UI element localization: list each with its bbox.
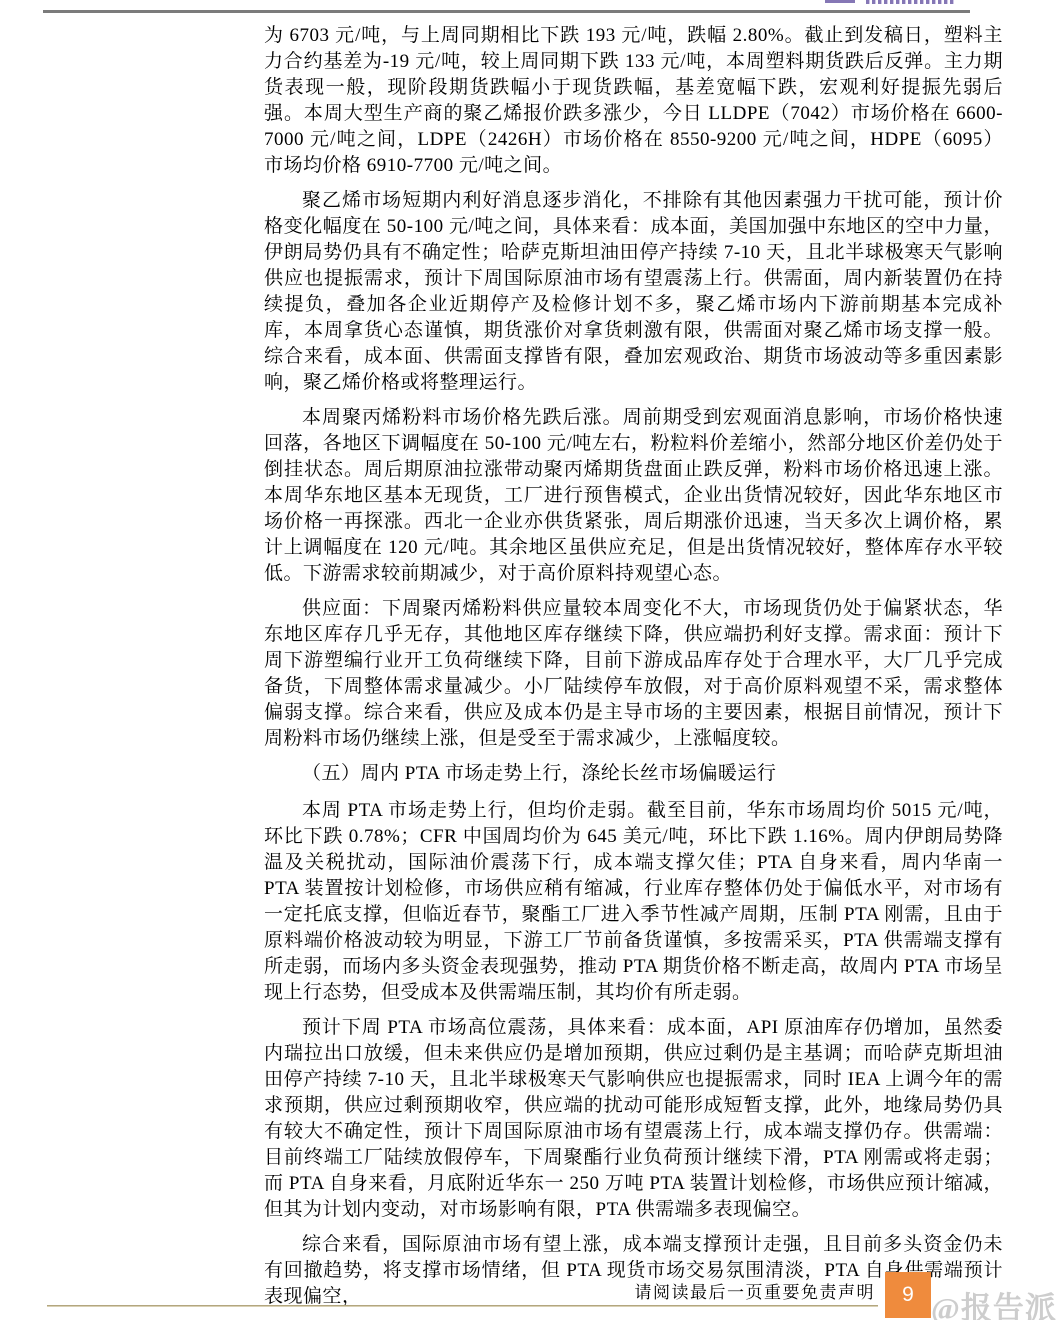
paragraph-pp-powder-supply-demand: 供应面：下周聚丙烯粉料供应量较本周变化不大，市场现货仍处于偏紧状态，华东地区库存… xyxy=(264,596,1003,752)
footer-divider xyxy=(47,1305,878,1307)
paragraph-pta-week-review: 本周 PTA 市场走势上行，但均价走弱。截至目前，华东市场周均价 5015 元/… xyxy=(264,798,1003,1006)
header-divider xyxy=(43,10,970,13)
paragraph-pp-powder-market: 本周聚丙烯粉料市场价格先跌后涨。周前期受到宏观面消息影响，市场价格快速回落，各地… xyxy=(264,405,1003,587)
continued-paragraph: 为 6703 元/吨，与上周同期相比下跌 193 元/吨，跌幅 2.80%。截止… xyxy=(264,23,1003,179)
paragraph-polyethylene-outlook: 聚乙烯市场短期内利好消息逐步消化，不排除有其他因素强力干扰可能，预计价格变化幅度… xyxy=(264,188,1003,396)
paragraph-pta-forecast: 预计下周 PTA 市场高位震荡，具体来看：成本面，API 原油库存仍增加，虽然委… xyxy=(264,1015,1003,1223)
section-heading-pta: （五）周内 PTA 市场走势上行，涤纶长丝市场偏暖运行 xyxy=(264,761,1003,787)
report-body: 为 6703 元/吨，与上周同期相比下跌 193 元/吨，跌幅 2.80%。截止… xyxy=(264,23,1003,1319)
watermark: @报告派 xyxy=(931,1283,1057,1320)
footer-disclaimer: 请阅读最后一页重要免责声明 xyxy=(635,1278,876,1303)
brand-logo-text-fragment xyxy=(866,0,956,4)
page-number-badge: 9 xyxy=(885,1272,931,1318)
brand-logo-icon xyxy=(825,0,855,3)
report-page: 为 6703 元/吨，与上周同期相比下跌 193 元/吨，跌幅 2.80%。截止… xyxy=(0,0,1061,1320)
